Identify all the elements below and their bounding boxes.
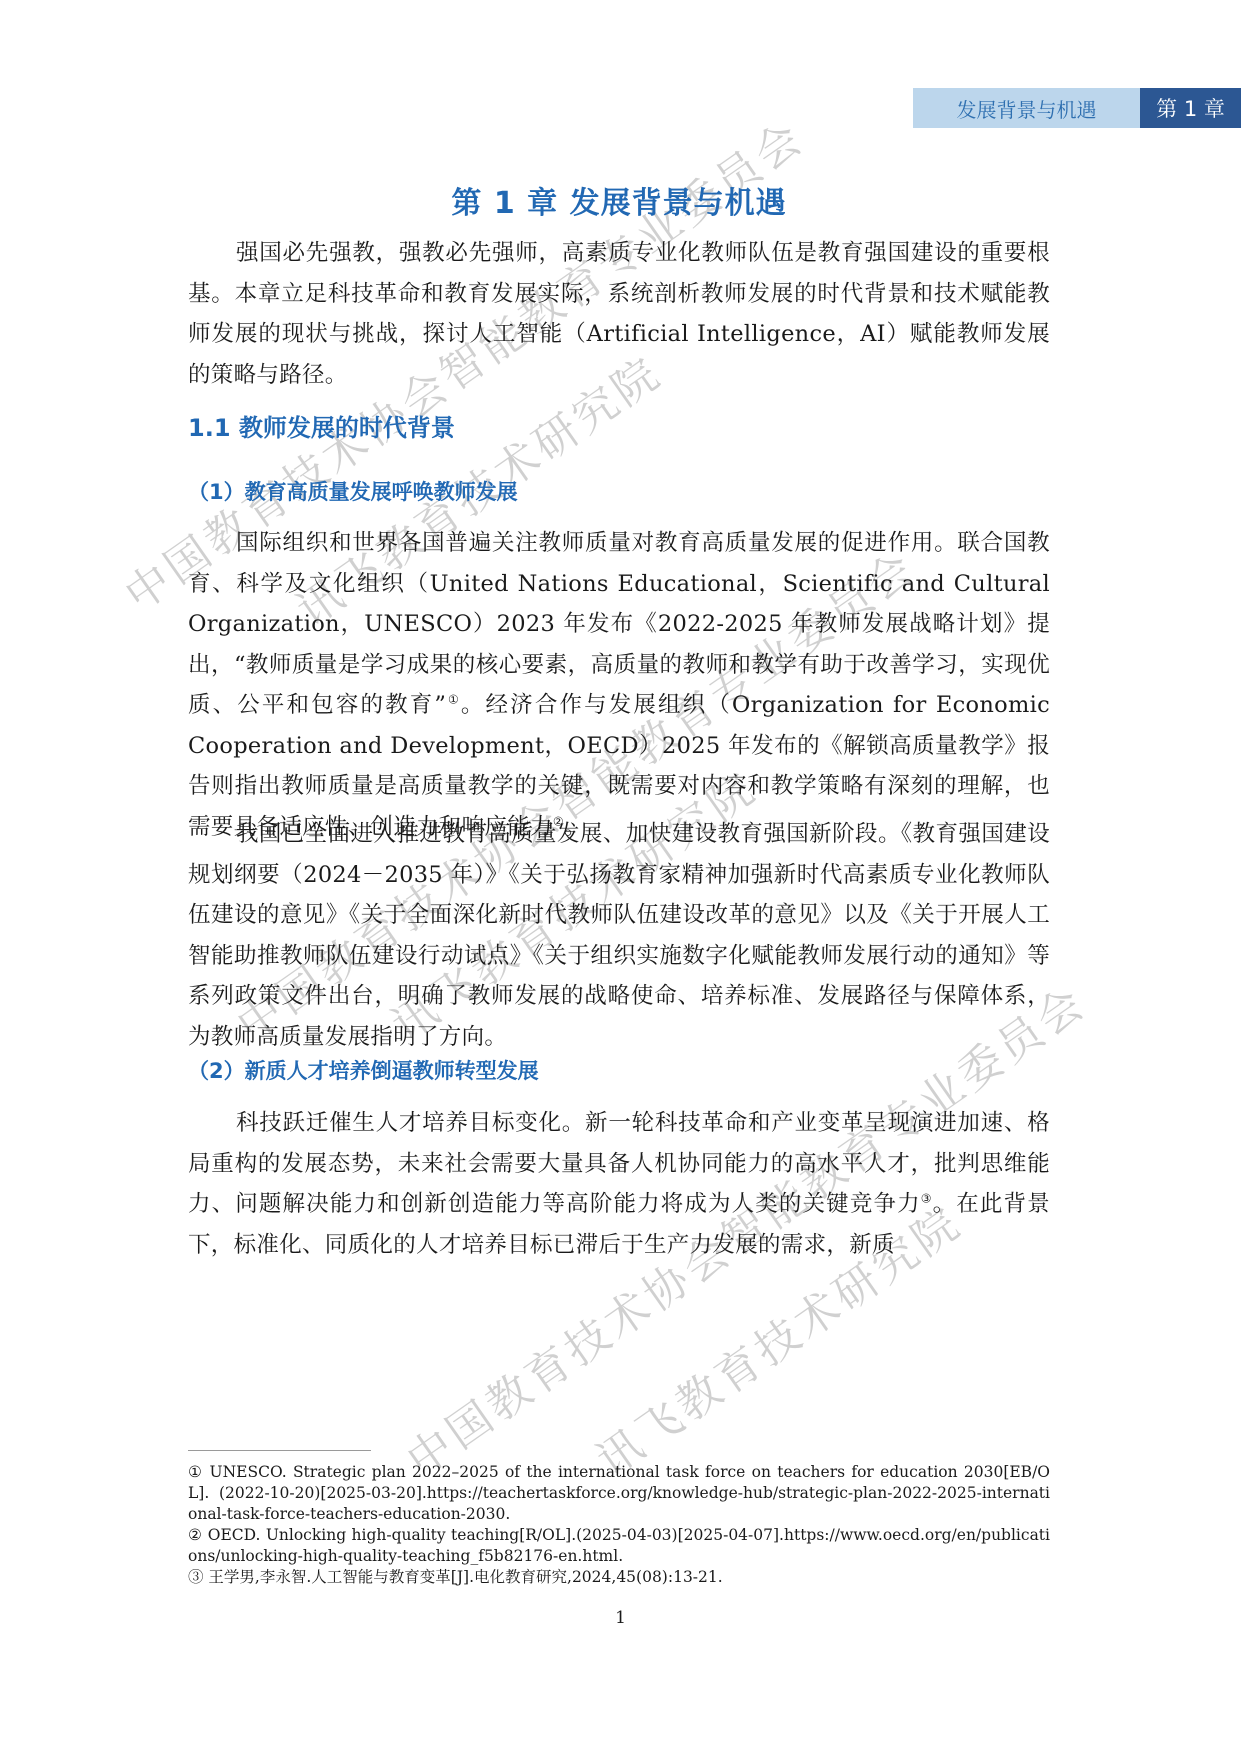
- page-number: 1: [0, 1608, 1241, 1628]
- paragraph-international: 国际组织和世界各国普遍关注教师质量对教育高质量发展的促进作用。联合国教育、科学及…: [188, 523, 1050, 847]
- footnote-3: ③ 王学男,李永智.人工智能与教育变革[J].电化教育研究,2024,45(08…: [188, 1567, 1050, 1588]
- paragraph-china-policy: 我国已全面进入推进教育高质量发展、加快建设教育强国新阶段。《教育强国建设规划纲要…: [188, 814, 1050, 1057]
- footnote-1: ① UNESCO. Strategic plan 2022–2025 of th…: [188, 1462, 1050, 1525]
- footnote-divider: [188, 1450, 371, 1451]
- running-header: 发展背景与机遇 第 1 章: [913, 88, 1241, 128]
- footnote-ref-1[interactable]: ①: [446, 693, 461, 707]
- chapter-title: 第 1 章 发展背景与机遇: [188, 178, 1050, 222]
- footnote-ref-3[interactable]: ③: [921, 1192, 933, 1206]
- intro-paragraph: 强国必先强教，强教必先强师，高素质专业化教师队伍是教育强国建设的重要根基。本章立…: [188, 233, 1050, 395]
- header-chapter-label: 第 1 章: [1140, 88, 1241, 128]
- subsection-heading-1: （1）教育高质量发展呼唤教师发展: [188, 476, 518, 506]
- header-section-label: 发展背景与机遇: [913, 88, 1140, 128]
- footnote-2: ② OECD. Unlocking high-quality teaching[…: [188, 1525, 1050, 1567]
- subsection-heading-2: （2）新质人才培养倒逼教师转型发展: [188, 1055, 539, 1085]
- paragraph-talent: 科技跃迁催生人才培养目标变化。新一轮科技革命和产业变革呈现演进加速、格局重构的发…: [188, 1103, 1050, 1265]
- section-heading-1-1: 1.1 教师发展的时代背景: [188, 408, 455, 443]
- footnotes: ① UNESCO. Strategic plan 2022–2025 of th…: [188, 1462, 1050, 1588]
